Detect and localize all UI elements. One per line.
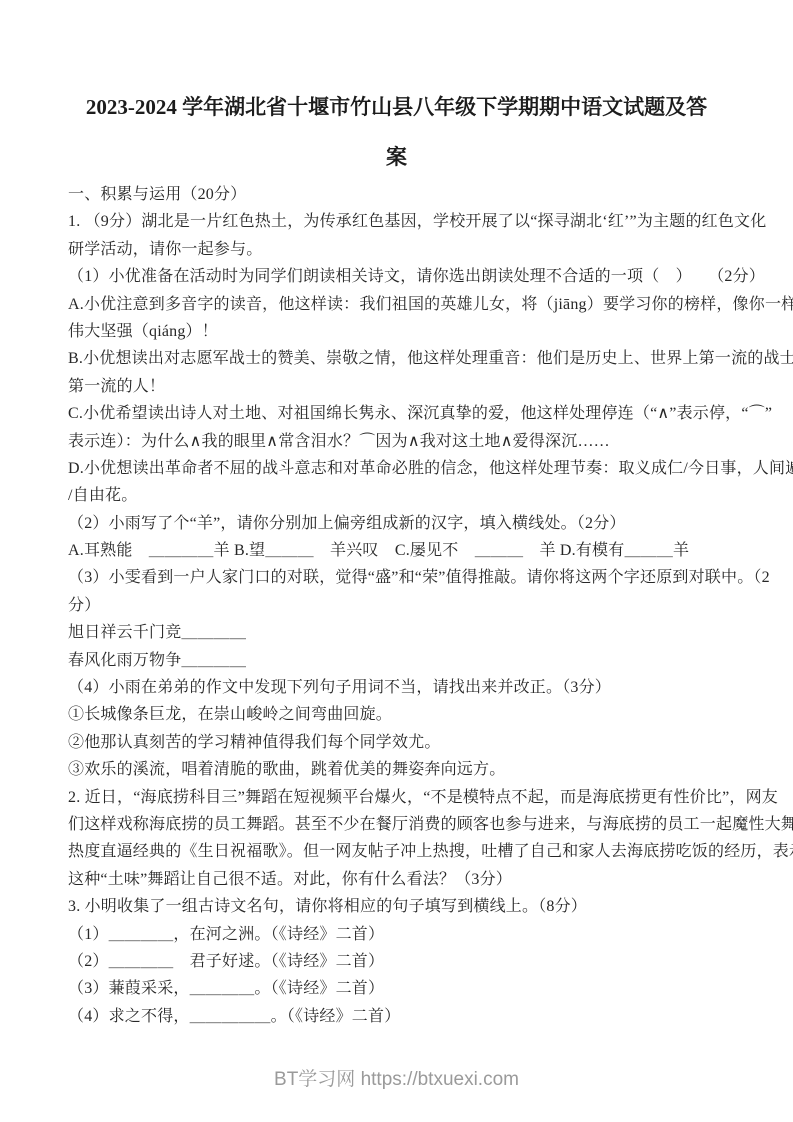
text-line: （4）小雨在弟弟的作文中发现下列句子用词不当，请找出来并改正。（3分） — [68, 674, 748, 701]
text-line: （2）＿＿＿＿ 君子好逑。（《诗经》二首） — [68, 948, 748, 975]
text-line: 第一流的人！ — [68, 373, 748, 400]
text-line: 旭日祥云千门竞＿＿＿＿ — [68, 619, 748, 646]
text-line: 3. 小明收集了一组古诗文名句，请你将相应的句子填写到横线上。（8分） — [68, 893, 748, 920]
text-line: D.小优想读出革命者不屈的战斗意志和对革命必胜的信念，他这样处理节奏：取义成仁/… — [68, 455, 748, 482]
text-line: 热度直逼经典的《生日祝福歌》。但一网友帖子冲上热搜，吐槽了自己和家人去海底捞吃饭… — [68, 838, 748, 865]
section-heading: 一、积累与运用（20分） — [68, 181, 748, 208]
text-line: 春风化雨万物争＿＿＿＿ — [68, 647, 748, 674]
footer-watermark: BT学习网 https://btxuexi.com — [0, 1064, 793, 1091]
text-line: A.小优注意到多音字的读音，他这样读：我们祖国的英雄儿女，将（jiāng）要学习… — [68, 291, 748, 318]
text-line: （2）小雨写了个“羊”，请你分别加上偏旁组成新的汉字，填入横线处。（2分） — [68, 510, 748, 537]
text-line: （1）小优准备在活动时为同学们朗读相关诗文，请你选出朗读处理不合适的一项（ ） … — [68, 263, 748, 290]
text-line: （3）小雯看到一户人家门口的对联，觉得“盛”和“荣”值得推敲。请你将这两个字还原… — [68, 564, 748, 591]
text-line: 2. 近日，“海底捞科目三”舞蹈在短视频平台爆火，“不是模特点不起，而是海底捞更… — [68, 784, 748, 811]
text-line: （3）蒹葭采采，＿＿＿＿。（《诗经》二首） — [68, 975, 748, 1002]
document-title-line-2: 案 — [36, 132, 757, 182]
document-title: 2023-2024 学年湖北省十堰市竹山县八年级下学期期中语文试题及答 案 — [36, 82, 757, 182]
text-line: ①长城像条巨龙，在崇山峻岭之间弯曲回旋。 — [68, 701, 748, 728]
text-line: （1）＿＿＿＿，在河之洲。（《诗经》二首） — [68, 921, 748, 948]
text-lines-container: 1. （9分）湖北是一片红色热土，为传承红色基因，学校开展了以“探寻湖北‘红’”… — [68, 208, 748, 1030]
text-line: 伟大坚强（qiáng）！ — [68, 318, 748, 345]
exam-body: 一、积累与运用（20分） 1. （9分）湖北是一片红色热土，为传承红色基因，学校… — [68, 181, 748, 1030]
text-line: C.小优希望读出诗人对土地、对祖国绵长隽永、深沉真挚的爱，他这样处理停连（“∧”… — [68, 400, 748, 427]
text-line: B.小优想读出对志愿军战士的赞美、崇敬之情，他这样处理重音：他们是历史上、世界上… — [68, 345, 748, 372]
exam-document-page: 2023-2024 学年湖北省十堰市竹山县八年级下学期期中语文试题及答 案 一、… — [0, 0, 793, 1122]
text-line: 这种“土味”舞蹈让自己很不适。对此，你有什么看法？（3分） — [68, 866, 748, 893]
document-title-line-1: 2023-2024 学年湖北省十堰市竹山县八年级下学期期中语文试题及答 — [36, 82, 757, 132]
text-line: （4）求之不得，＿＿＿＿＿。（《诗经》二首） — [68, 1003, 748, 1030]
text-line: ③欢乐的溪流，唱着清脆的歌曲，跳着优美的舞姿奔向远方。 — [68, 756, 748, 783]
text-line: ②他那认真刻苦的学习精神值得我们每个同学效尤。 — [68, 729, 748, 756]
text-line: 们这样戏称海底捞的员工舞蹈。甚至不少在餐厅消费的顾客也参与进来，与海底捞的员工一… — [68, 811, 748, 838]
text-line: /自由花。 — [68, 482, 748, 509]
text-line: A.耳熟能 ＿＿＿＿羊 B.望＿＿＿ 羊兴叹 C.屡见不 ＿＿＿ 羊 D.有模有… — [68, 537, 748, 564]
text-line: 分） — [68, 592, 748, 619]
text-line: 研学活动，请你一起参与。 — [68, 236, 748, 263]
text-line: 表示连）：为什么∧我的眼里∧常含泪水？⌒因为∧我对这土地∧爱得深沉…… — [68, 428, 748, 455]
text-line: 1. （9分）湖北是一片红色热土，为传承红色基因，学校开展了以“探寻湖北‘红’”… — [68, 208, 748, 235]
